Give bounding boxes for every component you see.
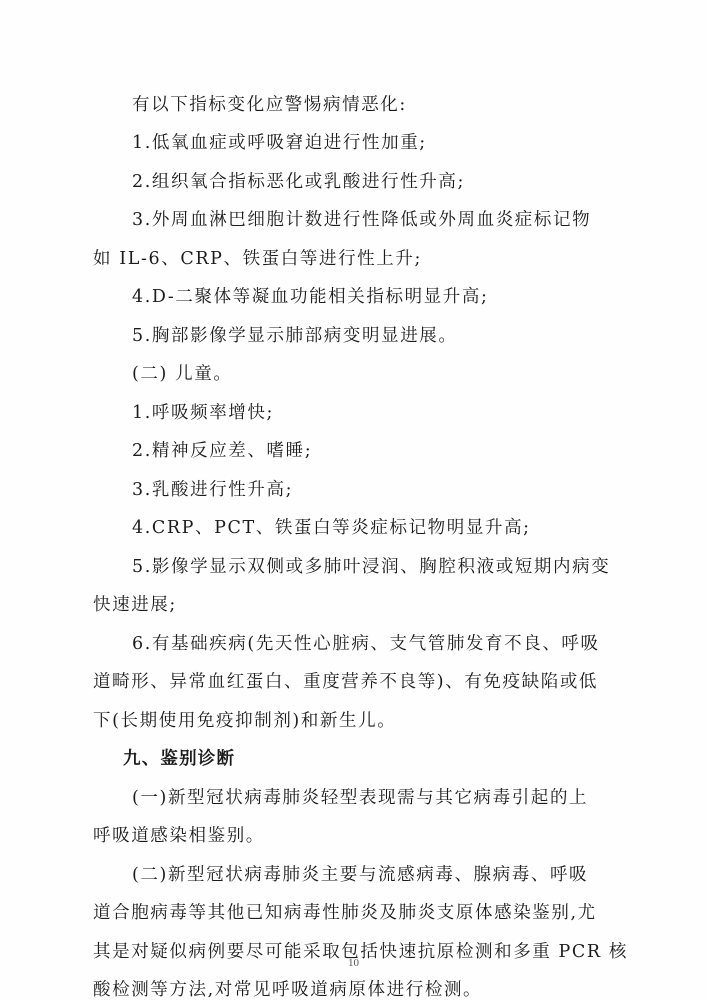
child-indicator-5-cont: 快速进展; — [93, 593, 613, 617]
diagnosis-paragraph-1: (一)新型冠状病毒肺炎轻型表现需与其它病毒引起的上 — [132, 786, 652, 810]
adult-indicator-3: 3.外周血淋巴细胞计数进行性降低或外周血炎症标记物 — [132, 208, 652, 232]
diagnosis-paragraph-2: (二)新型冠状病毒肺炎主要与流感病毒、腺病毒、呼吸 — [132, 863, 652, 887]
child-indicator-5: 5.影像学显示双侧或多肺叶浸润、胸腔积液或短期内病变 — [132, 555, 652, 579]
page-number: 10 — [0, 957, 707, 969]
diagnosis-paragraph-1-cont: 呼吸道感染相鉴别。 — [93, 824, 613, 848]
intro-line: 有以下指标变化应警惕病情恶化: — [132, 93, 652, 117]
child-indicator-6-cont-2: 下(长期使用免疫抑制剂)和新生儿。 — [93, 709, 613, 733]
child-indicator-6-cont-1: 道畸形、异常血红蛋白、重度营养不良等)、有免疫缺陷或低 — [93, 670, 613, 694]
adult-indicator-3-cont: 如 IL-6、CRP、铁蛋白等进行性上升; — [93, 247, 613, 271]
diagnosis-paragraph-2-cont-3: 酸检测等方法,对常见呼吸道病原体进行检测。 — [93, 978, 613, 1000]
adult-indicator-4: 4.D-二聚体等凝血功能相关指标明显升高; — [132, 285, 652, 309]
section-heading-differential-diagnosis: 九、鉴别诊断 — [123, 747, 643, 771]
child-indicator-2: 2.精神反应差、嗜睡; — [132, 439, 652, 463]
children-subheading: (二) 儿童。 — [132, 362, 652, 386]
child-indicator-1: 1.呼吸频率增快; — [132, 401, 652, 425]
adult-indicator-5: 5.胸部影像学显示肺部病变明显进展。 — [132, 324, 652, 348]
adult-indicator-2: 2.组织氧合指标恶化或乳酸进行性升高; — [132, 170, 652, 194]
child-indicator-4: 4.CRP、PCT、铁蛋白等炎症标记物明显升高; — [132, 516, 652, 540]
child-indicator-6: 6.有基础疾病(先天性心脏病、支气管肺发育不良、呼吸 — [132, 632, 652, 656]
document-page: 有以下指标变化应警惕病情恶化: 1.低氧血症或呼吸窘迫进行性加重; 2.组织氧合… — [0, 0, 707, 1000]
child-indicator-3: 3.乳酸进行性升高; — [132, 478, 652, 502]
adult-indicator-1: 1.低氧血症或呼吸窘迫进行性加重; — [132, 131, 652, 155]
diagnosis-paragraph-2-cont-1: 道合胞病毒等其他已知病毒性肺炎及肺炎支原体感染鉴别,尤 — [93, 901, 613, 925]
